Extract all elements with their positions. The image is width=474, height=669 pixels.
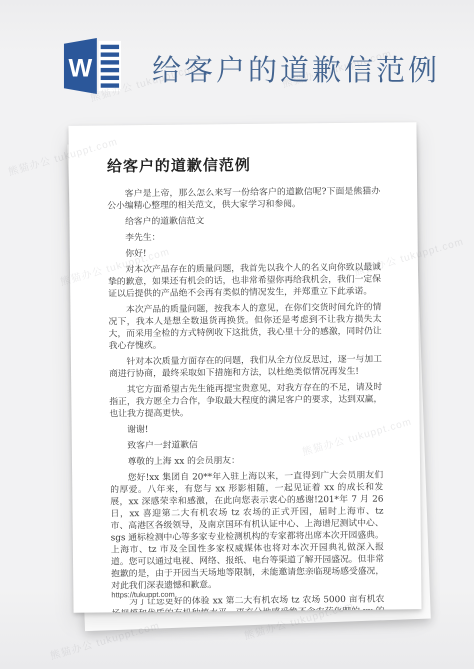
document-content: 给客户的道歉信范例 客户是上帝，那么怎么来写一份给客户的道歉信呢?下面是熊猫办公… — [68, 122, 421, 613]
header: W 给客户的道歉信范例 — [0, 0, 474, 118]
doc-paragraph: 本次产品的质量问题，按我本人的意见，在你们交货时间允许的情况下，我本人是想全数退… — [108, 302, 381, 353]
doc-paragraph: 客户是上帝，那么怎么来写一份给客户的道歉信呢?下面是熊猫办公小编精心整理的相关范… — [107, 186, 380, 213]
document-title: 给客户的道歉信范例 — [107, 153, 380, 177]
doc-paragraph: 给客户的道歉信范文 — [107, 214, 380, 229]
doc-paragraph: 对本次产品存在的质量问题，我首先以我个人的名义向你致以最诚挚的歉意，如果还有机会… — [108, 262, 381, 301]
doc-paragraph: 其它方面希望古先生能再提宝贵意见，对我方存在的不足，请及时指正，我方愿全力合作，… — [109, 382, 382, 421]
doc-paragraph: 尊敬的上海 xx 的会员朋友： — [110, 454, 383, 469]
svg-text:W: W — [69, 55, 93, 83]
doc-paragraph: 你好! — [108, 246, 381, 261]
doc-paragraph: 针对本次质量方面存在的问题，我们从全方位反思过，逐一与加工商进行协商，最终采取如… — [109, 354, 382, 381]
template-preview-screenshot: 熊猫办公 tukuppt.com 熊猫办公 tukuppt.com 熊猫办公 t… — [0, 0, 474, 669]
word-icon: W — [61, 37, 123, 95]
document-body: 客户是上帝，那么怎么来写一份给客户的道歉信呢?下面是熊猫办公小编精心整理的相关范… — [107, 186, 385, 613]
doc-paragraph: 谢谢! — [110, 422, 383, 437]
document-page-front: 给客户的道歉信范例 客户是上帝，那么怎么来写一份给客户的道歉信呢?下面是熊猫办公… — [68, 122, 421, 613]
page-title: 给客户的道歉信范例 — [152, 48, 440, 89]
doc-paragraph: 李先生： — [108, 230, 381, 245]
doc-paragraph: 致客户一封道歉信 — [110, 438, 383, 453]
source-url: https://tukuppt.com — [111, 590, 174, 600]
doc-paragraph: 您好!xx 集团自 20**年入驻上海以来，一直得到广大会员朋友们的厚爱。八年来… — [110, 470, 384, 593]
